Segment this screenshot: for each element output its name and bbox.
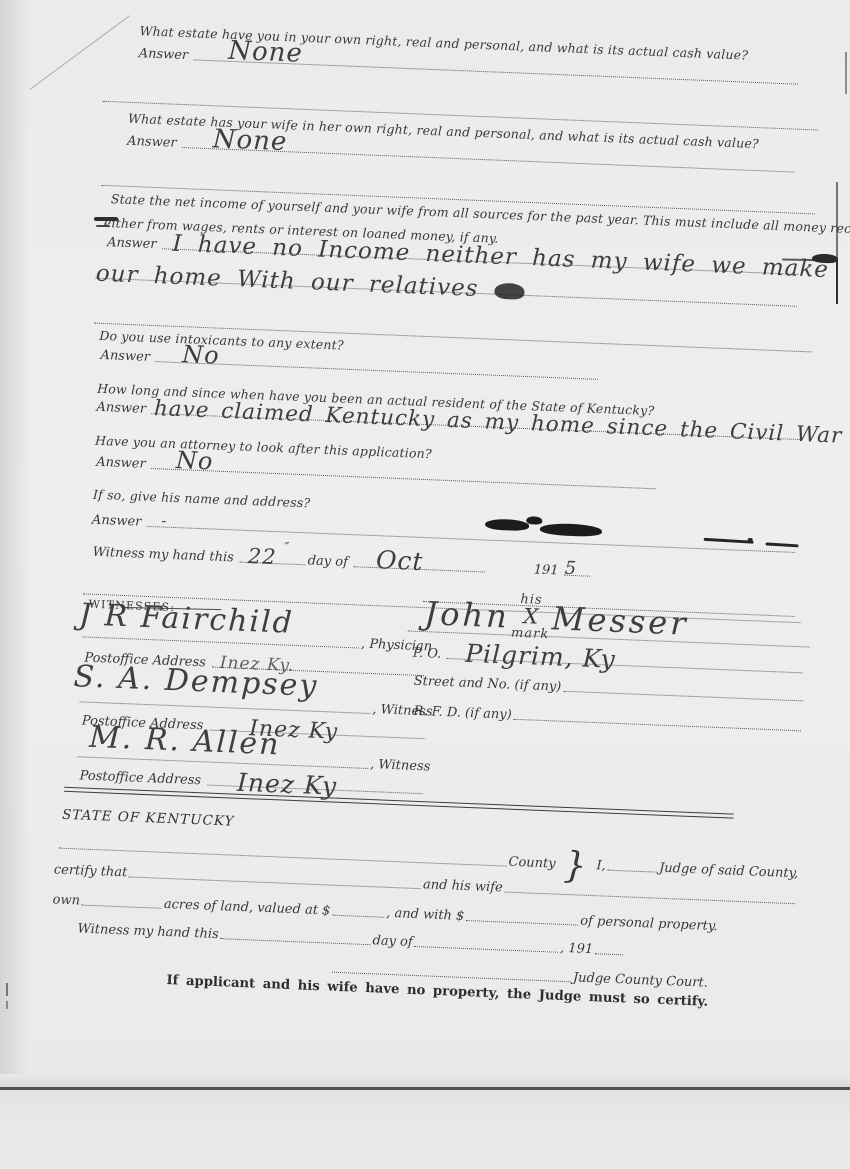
answer-label: Answer: [96, 400, 146, 417]
answer-line: our home With our relatives: [96, 278, 797, 307]
name-line: [608, 870, 657, 873]
question-attorney-name: If so, give his name and address?: [93, 487, 311, 511]
attestation-prefix: Witness my hand this: [92, 545, 234, 566]
handwritten-answer: No: [182, 340, 221, 369]
month-line: Oct: [354, 566, 486, 572]
witness-hand-label: Witness my hand this: [77, 921, 219, 942]
wife-label: and his wife: [423, 877, 503, 895]
rfd-label: R. F. D. (if any): [413, 704, 512, 723]
judge-court-label: Judge County Court.: [573, 970, 708, 990]
handwritten-answer: None: [212, 124, 288, 157]
applicant-last-name: Messer: [551, 599, 689, 642]
personal-property-label: of personal property.: [580, 914, 718, 935]
and-with-label: , and with $: [386, 906, 465, 924]
po-line: Pilgrim, Ky: [447, 658, 802, 673]
answer-line: None: [194, 59, 798, 84]
answer-label: Answer: [92, 513, 142, 530]
ink-blot: [526, 516, 542, 525]
answer-line: No: [156, 361, 598, 380]
judge-of-label: Judge of said County,: [659, 861, 799, 882]
handwritten-month: Oct: [375, 545, 424, 576]
po-label: P. O.: [413, 646, 442, 662]
answer-line: None: [182, 147, 794, 173]
witness-role: , Witness: [370, 757, 431, 774]
handwritten-answer: our home With our relatives: [95, 261, 479, 302]
handwritten-po: Pilgrim, Ky: [465, 639, 617, 674]
handwritten-answer: -: [161, 511, 168, 529]
pen-streak: [748, 538, 753, 541]
applicant-signature: John his X mark Messer: [424, 589, 690, 647]
handwritten-day: 22: [247, 544, 277, 569]
value-line: [332, 915, 384, 918]
wife-name-line: [504, 892, 795, 905]
answer-label: Answer: [127, 134, 177, 151]
handwritten-answer: No: [175, 446, 214, 475]
month-line: [415, 946, 558, 953]
answer-line: have claimed Kentucky as my home since t…: [152, 413, 800, 440]
x-mark: X: [523, 606, 539, 628]
form-content: What estate have you in your own right, …: [0, 0, 850, 1131]
handwritten-year: 5: [564, 558, 577, 579]
applicant-name-line: [129, 876, 421, 889]
county-label: County: [508, 855, 556, 872]
brace-glyph: }: [563, 852, 587, 882]
ink-smudge: [494, 283, 525, 300]
year-label: , 191: [560, 941, 594, 957]
signature-line: [82, 636, 359, 648]
applicant-first-name: John: [424, 594, 511, 635]
answer-label: Answer: [96, 455, 146, 472]
day-of-label: day of: [372, 933, 413, 950]
answer-label: Answer: [100, 348, 150, 365]
address-label: Postoffice Address: [79, 768, 201, 788]
answer-label: Answer: [107, 235, 157, 252]
ditto-mark: ″: [284, 540, 290, 555]
street-label: Street and No. (if any): [413, 674, 561, 695]
year-line: [595, 953, 623, 955]
street-line: [563, 691, 803, 702]
answer-label: Answer: [138, 46, 188, 63]
rfd-line: [514, 719, 802, 732]
his-mark: his X mark: [511, 593, 551, 641]
certify-label: certify that: [54, 862, 128, 880]
personal-value-line: [466, 920, 578, 925]
acres-label: acres of land, valued at $: [164, 897, 331, 919]
year-line: 5: [564, 575, 590, 577]
acres-line: [82, 905, 162, 909]
day-line: 22 ″: [240, 562, 306, 566]
handwritten-answer: None: [228, 36, 304, 69]
day-line: [220, 938, 370, 945]
answer-line: No: [152, 468, 656, 489]
own-label: own: [52, 892, 80, 908]
address-line: Inez Ky: [207, 785, 422, 795]
year-printed: 191: [533, 562, 558, 578]
state-heading: STATE OF KENTUCKY: [62, 807, 235, 830]
mark-bottom-label: mark: [511, 627, 550, 642]
day-of-label: day of: [307, 553, 348, 570]
i-label: I,: [596, 858, 606, 873]
